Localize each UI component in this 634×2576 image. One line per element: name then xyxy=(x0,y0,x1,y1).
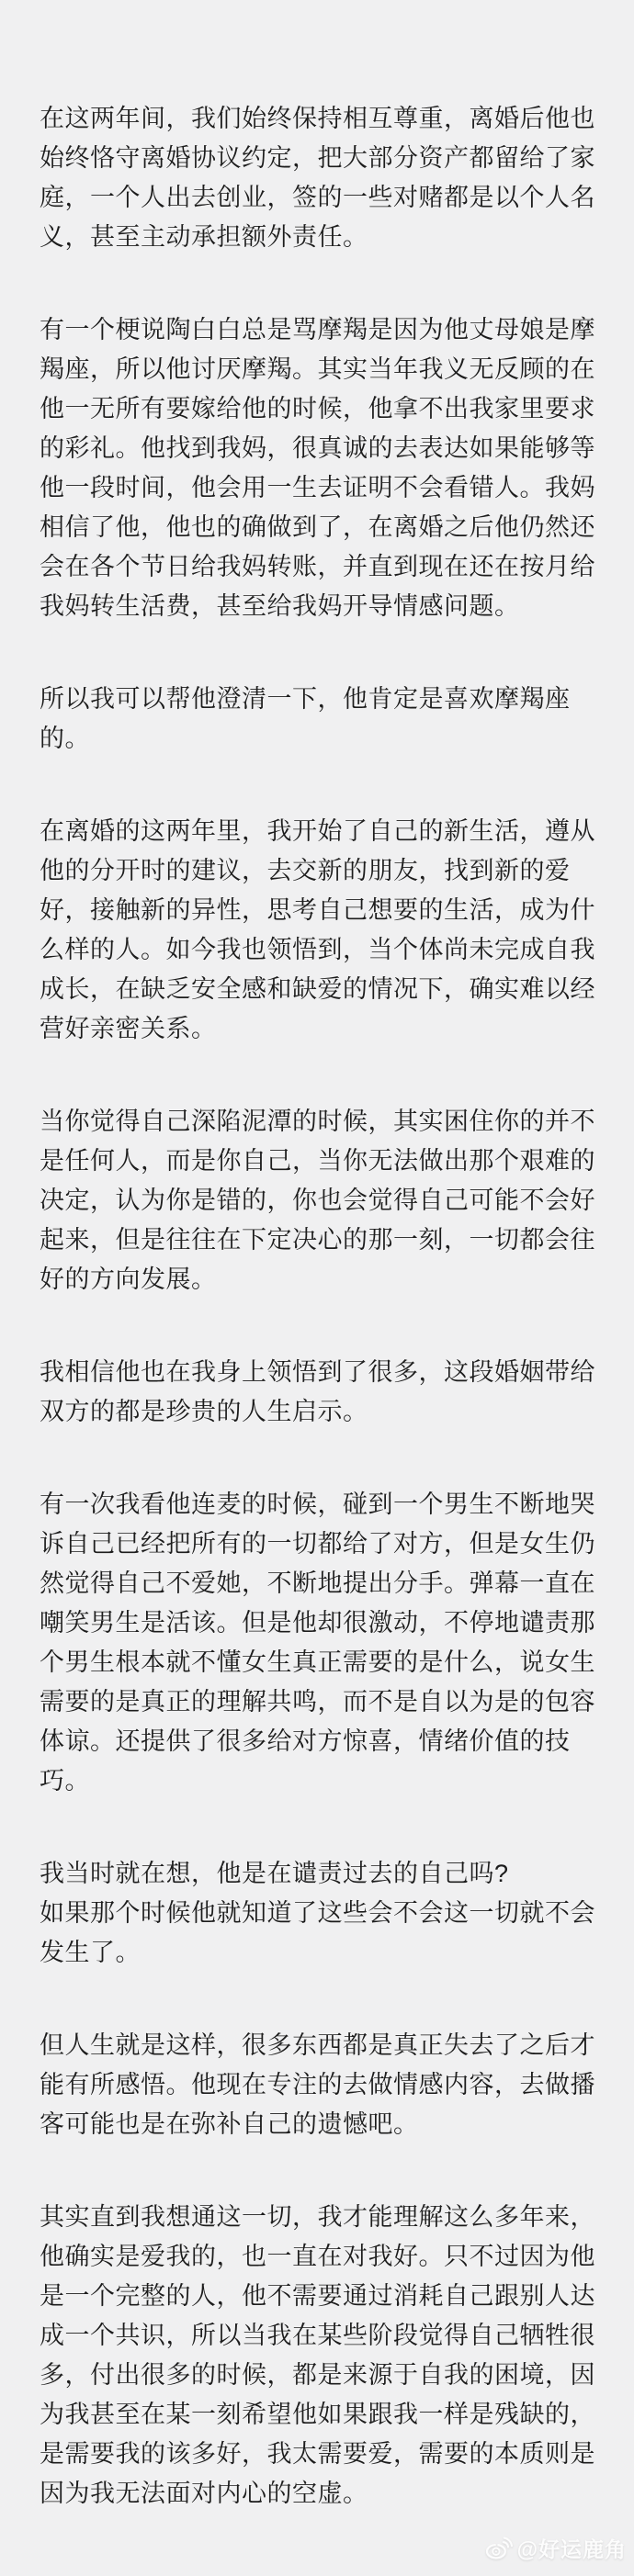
paragraph: 在这两年间，我们始终保持相互尊重，离婚后他也始终恪守离婚协议约定，把大部分资产都… xyxy=(40,99,596,257)
paragraph: 其实直到我想通这一切，我才能理解这么多年来，他确实是爱我的，也一直在对我好。只不… xyxy=(40,2198,596,2514)
paragraph: 有一次我看他连麦的时候，碰到一个男生不断地哭诉自己已经把所有的一切都给了对方，但… xyxy=(40,1485,596,1801)
paragraph: 所以我可以帮他澄清一下，他肯定是喜欢摩羯座的。 xyxy=(40,680,596,759)
paragraph: 但人生就是这样，很多东西都是真正失去了之后才能有所感悟。他现在专注的去做情感内容… xyxy=(40,2026,596,2144)
text-post-image: 在这两年间，我们始终保持相互尊重，离婚后他也始终恪守离婚协议约定，把大部分资产都… xyxy=(0,0,634,2576)
paragraph: 我相信他也在我身上领悟到了很多，这段婚姻带给双方的都是珍贵的人生启示。 xyxy=(40,1353,596,1432)
paragraph: 在离婚的这两年里，我开始了自己的新生活，遵从他的分开时的建议，去交新的朋友，找到… xyxy=(40,812,596,1049)
paragraph: 当你觉得自己深陷泥潭的时候，其实困住你的并不是任何人，而是你自己，当你无法做出那… xyxy=(40,1102,596,1299)
weibo-icon xyxy=(485,2537,513,2559)
paragraph: 有一个梗说陶白白总是骂摩羯是因为他丈母娘是摩羯座，所以他讨厌摩羯。其实当年我义无… xyxy=(40,310,596,626)
watermark: @好运鹿角 xyxy=(485,2533,627,2563)
watermark-handle: @好运鹿角 xyxy=(517,2533,627,2563)
paragraph: 我当时就在想，他是在谴责过去的自己吗? 如果那个时候他就知道了这些会不会这一切就… xyxy=(40,1854,596,1973)
article-body: 在这两年间，我们始终保持相互尊重，离婚后他也始终恪守离婚协议约定，把大部分资产都… xyxy=(40,99,596,2567)
